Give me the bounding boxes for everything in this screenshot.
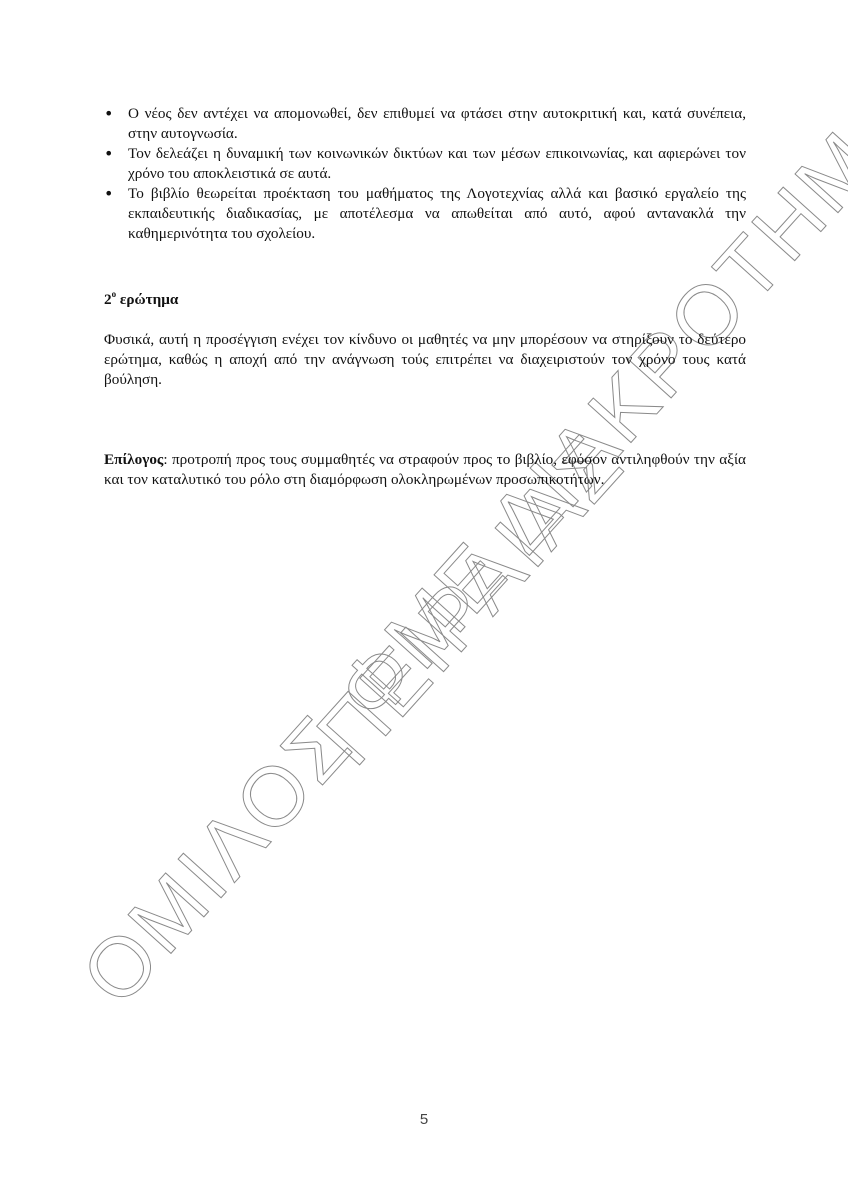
bullet-item: Τον δελεάζει η δυναμική των κοινωνικών δ… [104,144,746,184]
section-heading-text: ερώτημα [120,291,178,308]
epilogue-label: Επίλογος [104,451,163,468]
document-page: ΟΜΙΛΟΣ ΦΜΕ ΔΙΑΚΡΟΤΗΜΑ ΠΕΙΡΑΙΑΣ Ο νέος δε… [0,0,848,1200]
section-heading: 2ο ερώτημα [104,284,746,310]
bullet-item: Ο νέος δεν αντέχει να απομονωθεί, δεν επ… [104,104,746,144]
section-heading-superscript: ο [112,289,117,299]
section-paragraph: Φυσικά, αυτή η προσέγγιση ενέχει τον κίν… [104,330,746,390]
epilogue-text: προτροπή προς τους συμμαθητές να στραφού… [104,451,746,488]
page-number: 5 [0,1110,848,1130]
document-body: Ο νέος δεν αντέχει να απομονωθεί, δεν επ… [104,104,746,505]
section-heading-number: 2 [104,291,112,308]
bullet-list: Ο νέος δεν αντέχει να απομονωθεί, δεν επ… [104,104,746,244]
bullet-item: Το βιβλίο θεωρείται προέκταση του μαθήμα… [104,184,746,244]
epilogue-paragraph: Επίλογος: προτροπή προς τους συμμαθητές … [104,450,746,490]
